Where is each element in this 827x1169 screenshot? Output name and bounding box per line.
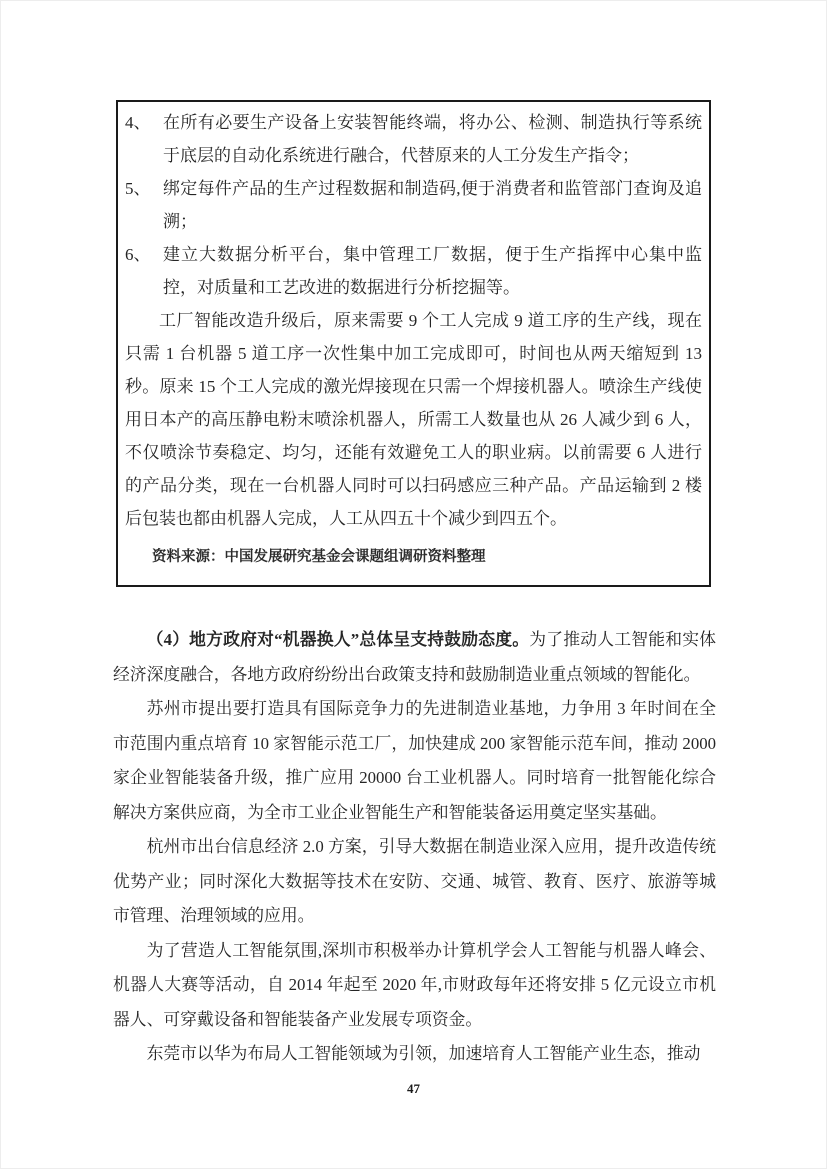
numbered-item: 4、 在所有必要生产设备上安装智能终端，将办公、检测、制造执行等系统于底层的自动… — [125, 106, 702, 172]
item-number: 4、 — [125, 106, 163, 172]
page-number: 47 — [1, 1081, 826, 1097]
section-heading-bold: （4）地方政府对“机器换人”总体呈支持鼓励态度。 — [147, 630, 530, 649]
item-number: 5、 — [125, 172, 163, 238]
body-paragraph: 东莞市以华为布局人工智能领域为引领，加速培育人工智能产业生态，推动 — [113, 1037, 716, 1072]
item-number: 6、 — [125, 238, 163, 304]
body-paragraph: 苏州市提出要打造具有国际竞争力的先进制造业基地，力争用 3 年时间在全市范围内重… — [113, 692, 716, 830]
section-heading: （4）地方政府对“机器换人”总体呈支持鼓励态度。为了推动人工智能和实体经济深度融… — [113, 623, 716, 692]
document-page: 4、 在所有必要生产设备上安装智能终端，将办公、检测、制造执行等系统于底层的自动… — [0, 0, 827, 1169]
numbered-item: 5、 绑定每件产品的生产过程数据和制造码,便于消费者和监管部门查询及追溯； — [125, 172, 702, 238]
case-study-box: 4、 在所有必要生产设备上安装智能终端，将办公、检测、制造执行等系统于底层的自动… — [116, 100, 711, 587]
numbered-item: 6、 建立大数据分析平台，集中管理工厂数据，便于生产指挥中心集中监控，对质量和工… — [125, 238, 702, 304]
body-paragraph: 杭州市出台信息经济 2.0 方案，引导大数据在制造业深入应用，提升改造传统优势产… — [113, 830, 716, 934]
case-paragraph: 工厂智能改造升级后，原来需要 9 个工人完成 9 道工序的生产线，现在只需 1 … — [125, 304, 702, 535]
item-text: 绑定每件产品的生产过程数据和制造码,便于消费者和监管部门查询及追溯； — [163, 172, 702, 238]
item-text: 建立大数据分析平台，集中管理工厂数据，便于生产指挥中心集中监控，对质量和工艺改进… — [163, 238, 702, 304]
body-paragraph: 为了营造人工智能氛围,深圳市积极举办计算机学会人工智能与机器人峰会、机器人大赛等… — [113, 934, 716, 1038]
item-text: 在所有必要生产设备上安装智能终端，将办公、检测、制造执行等系统于底层的自动化系统… — [163, 106, 702, 172]
source-note: 资料来源：中国发展研究基金会课题组调研资料整理 — [125, 547, 702, 567]
body-text: （4）地方政府对“机器换人”总体呈支持鼓励态度。为了推动人工智能和实体经济深度融… — [113, 623, 716, 1072]
